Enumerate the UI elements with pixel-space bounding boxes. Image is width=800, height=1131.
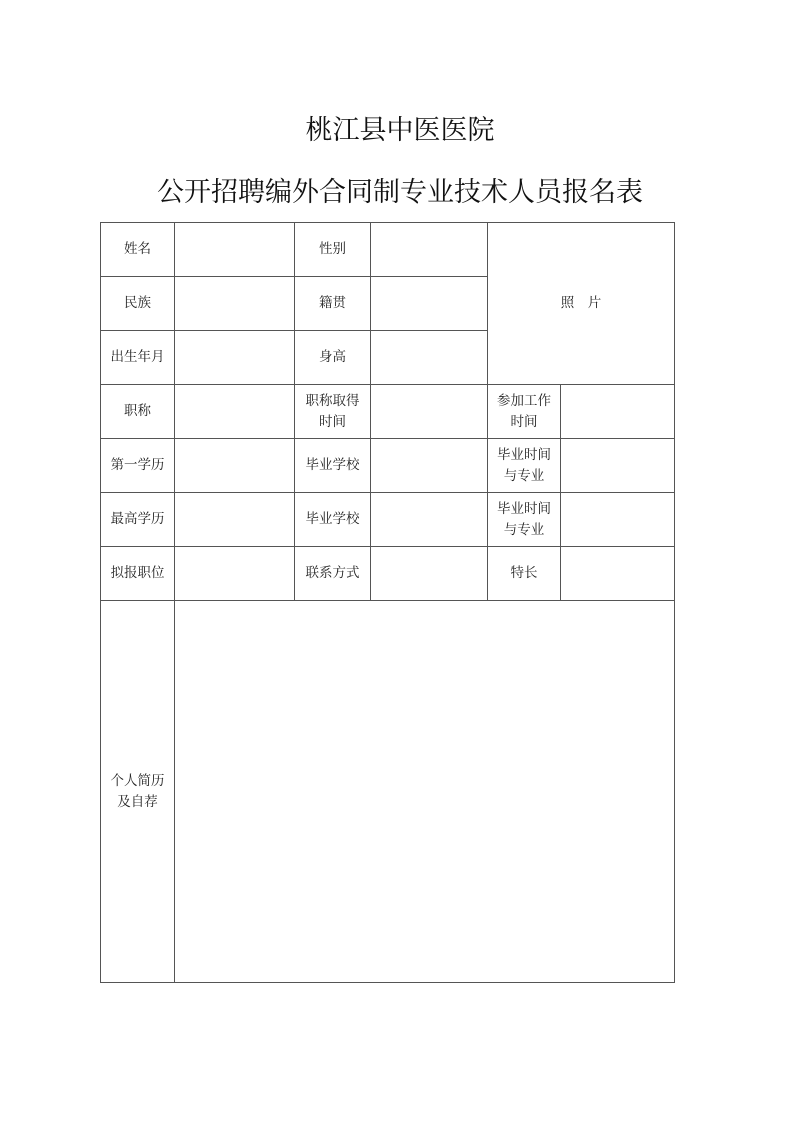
- label-text: 毕业学校: [306, 455, 360, 476]
- hospital-title: 桃江县中医医院: [0, 108, 800, 147]
- label-ethnicity: 民族: [100, 276, 175, 331]
- label-text: 性别: [319, 239, 346, 260]
- position-field[interactable]: [174, 546, 295, 601]
- label-text: 个人简历 及自荐: [111, 771, 165, 813]
- label-height: 身高: [294, 330, 371, 385]
- label-name: 姓名: [100, 222, 175, 277]
- ethnicity-field[interactable]: [174, 276, 295, 331]
- label-contact: 联系方式: [294, 546, 371, 601]
- label-text: 毕业学校: [306, 509, 360, 530]
- title-field[interactable]: [174, 384, 295, 439]
- label-native-place: 籍贯: [294, 276, 371, 331]
- label-text: 民族: [124, 293, 151, 314]
- grad-school-2-field[interactable]: [370, 492, 488, 547]
- label-work-start: 参加工作 时间: [487, 384, 561, 439]
- label-text: 籍贯: [319, 293, 346, 314]
- label-first-degree: 第一学历: [100, 438, 175, 493]
- label-grad-school-2: 毕业学校: [294, 492, 371, 547]
- grad-time-major-2-field[interactable]: [560, 492, 675, 547]
- grad-school-1-field[interactable]: [370, 438, 488, 493]
- gender-field[interactable]: [370, 222, 488, 277]
- resume-field[interactable]: [174, 600, 675, 983]
- work-start-field[interactable]: [560, 384, 675, 439]
- label-grad-time-major-1: 毕业时间 与专业: [487, 438, 561, 493]
- label-text: 职称取得 时间: [306, 391, 360, 433]
- native-place-field[interactable]: [370, 276, 488, 331]
- form-title: 公开招聘编外合同制专业技术人员报名表: [0, 170, 800, 209]
- label-title: 职称: [100, 384, 175, 439]
- grad-time-major-1-field[interactable]: [560, 438, 675, 493]
- label-text: 毕业时间 与专业: [497, 445, 551, 487]
- label-text: 职称: [124, 401, 151, 422]
- label-text: 拟报职位: [111, 563, 165, 584]
- height-field[interactable]: [370, 330, 488, 385]
- label-position: 拟报职位: [100, 546, 175, 601]
- label-birth: 出生年月: [100, 330, 175, 385]
- label-text: 出生年月: [111, 347, 165, 368]
- label-text: 毕业时间 与专业: [497, 499, 551, 541]
- contact-field[interactable]: [370, 546, 488, 601]
- label-specialty: 特长: [487, 546, 561, 601]
- birth-field[interactable]: [174, 330, 295, 385]
- label-title-date: 职称取得 时间: [294, 384, 371, 439]
- label-text: 姓名: [124, 239, 151, 260]
- photo-box[interactable]: 照 片: [487, 222, 675, 385]
- label-text: 最高学历: [111, 509, 165, 530]
- label-text: 特长: [511, 563, 538, 584]
- first-degree-field[interactable]: [174, 438, 295, 493]
- label-text: 参加工作 时间: [497, 391, 551, 433]
- specialty-field[interactable]: [560, 546, 675, 601]
- label-gender: 性别: [294, 222, 371, 277]
- name-field[interactable]: [174, 222, 295, 277]
- label-text: 身高: [319, 347, 346, 368]
- label-text: 第一学历: [111, 455, 165, 476]
- label-highest-degree: 最高学历: [100, 492, 175, 547]
- highest-degree-field[interactable]: [174, 492, 295, 547]
- label-text: 联系方式: [306, 563, 360, 584]
- label-grad-school-1: 毕业学校: [294, 438, 371, 493]
- label-grad-time-major-2: 毕业时间 与专业: [487, 492, 561, 547]
- title-date-field[interactable]: [370, 384, 488, 439]
- label-resume: 个人简历 及自荐: [100, 600, 175, 983]
- photo-label: 照 片: [561, 293, 602, 314]
